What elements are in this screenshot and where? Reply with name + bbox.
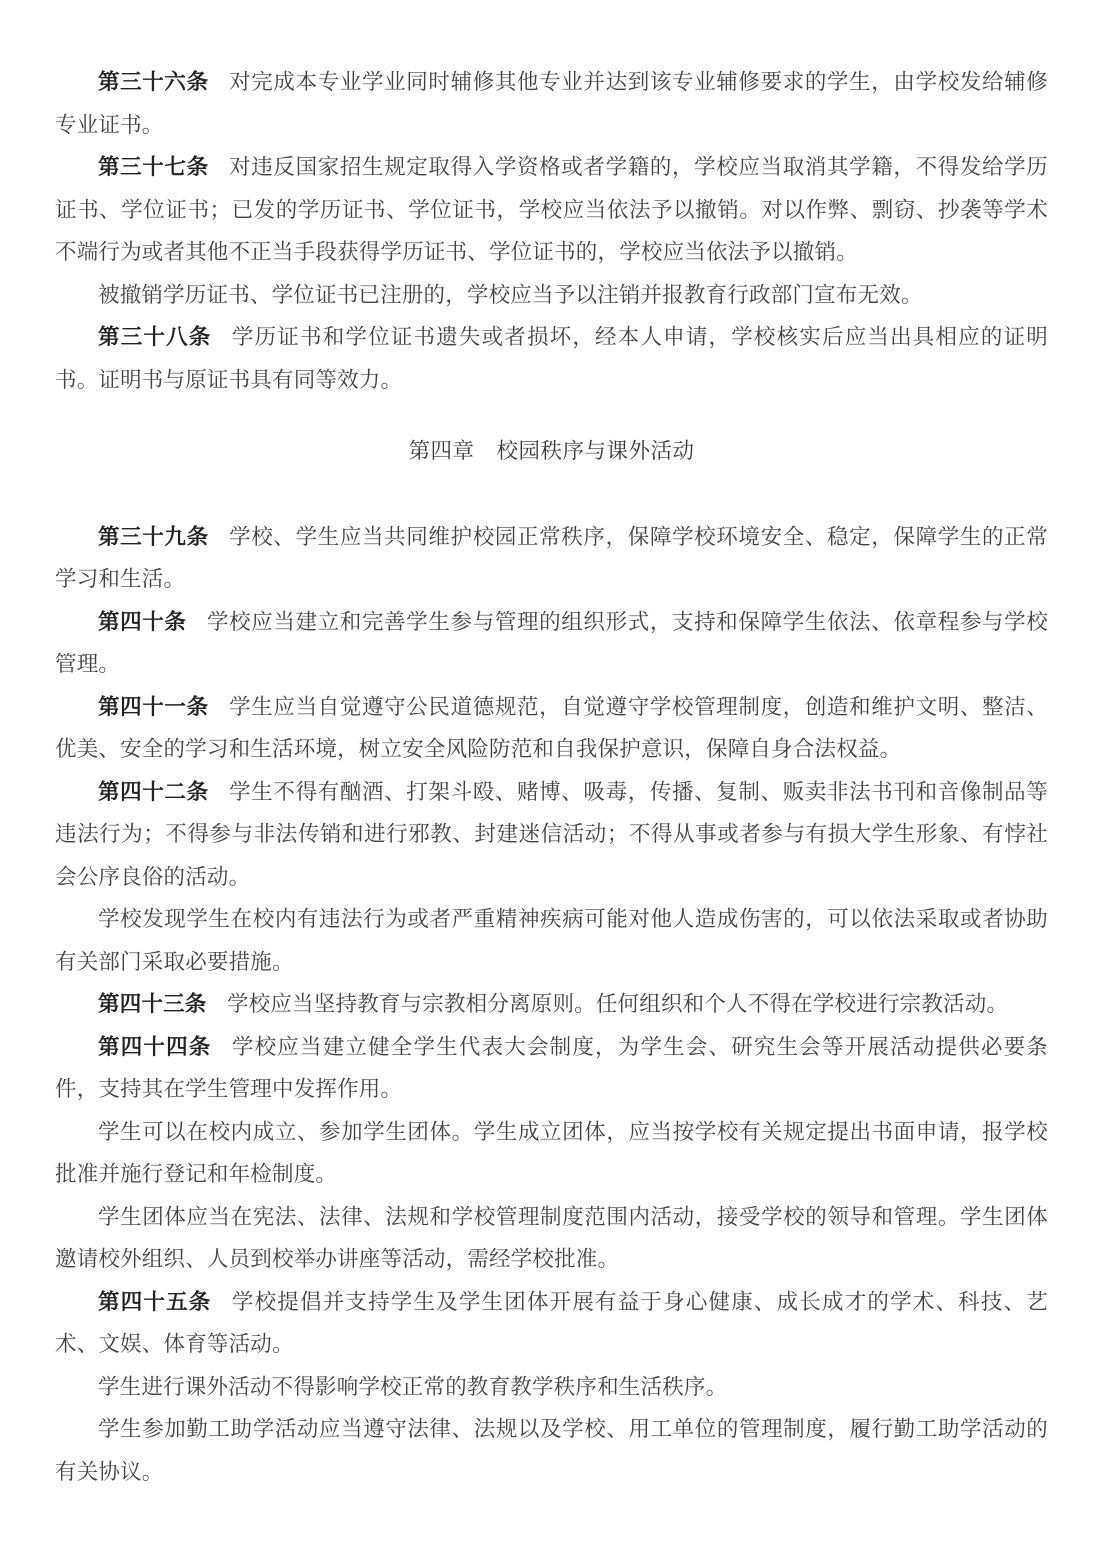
article-45-cont-2-text: 学生参加勤工助学活动应当遵守法律、法规以及学校、用工单位的管理制度，履行勤工助学… [55, 1417, 1048, 1484]
chapter-4-heading: 第四章 校园秩序与课外活动 [55, 430, 1048, 473]
paragraph-article-42-cont: 学校发现学生在校内有违法行为或者严重精神疾病可能对他人造成伤害的，可以依法采取或… [55, 898, 1048, 983]
paragraph-article-45: 第四十五条学校提倡并支持学生及学生团体开展有益于身心健康、成长成才的学术、科技、… [55, 1281, 1048, 1366]
article-41-number: 第四十一条 [98, 695, 209, 719]
paragraph-article-40: 第四十条学校应当建立和完善学生参与管理的组织形式，支持和保障学生依法、依章程参与… [55, 601, 1048, 686]
article-42-number: 第四十二条 [98, 780, 209, 804]
article-44-cont-2-text: 学生团体应当在宪法、法律、法规和学校管理制度范围内活动，接受学校的领导和管理。学… [55, 1205, 1048, 1272]
paragraph-article-39: 第三十九条学校、学生应当共同维护校园正常秩序，保障学校环境安全、稳定，保障学生的… [55, 516, 1048, 601]
paragraph-article-42: 第四十二条学生不得有酗酒、打架斗殴、赌博、吸毒，传播、复制、贩卖非法书刊和音像制… [55, 771, 1048, 899]
article-37-number: 第三十七条 [98, 155, 209, 179]
paragraph-article-43: 第四十三条学校应当坚持教育与宗教相分离原则。任何组织和个人不得在学校进行宗教活动… [55, 983, 1048, 1026]
paragraph-article-37-cont: 被撤销学历证书、学位证书已注册的，学校应当予以注销并报教育行政部门宣布无效。 [55, 274, 1048, 317]
paragraph-article-45-cont-2: 学生参加勤工助学活动应当遵守法律、法规以及学校、用工单位的管理制度，履行勤工助学… [55, 1408, 1048, 1493]
paragraph-article-37: 第三十七条对违反国家招生规定取得入学资格或者学籍的，学校应当取消其学籍，不得发给… [55, 146, 1048, 274]
article-45-cont-1-text: 学生进行课外活动不得影响学校正常的教育教学秩序和生活秩序。 [98, 1375, 727, 1399]
article-36-number: 第三十六条 [98, 70, 209, 94]
paragraph-article-36: 第三十六条对完成本专业学业同时辅修其他专业并达到该专业辅修要求的学生，由学校发给… [55, 61, 1048, 146]
paragraph-article-44: 第四十四条学校应当建立健全学生代表大会制度，为学生会、研究生会等开展活动提供必要… [55, 1026, 1048, 1111]
paragraph-article-45-cont-1: 学生进行课外活动不得影响学校正常的教育教学秩序和生活秩序。 [55, 1366, 1048, 1409]
article-39-number: 第三十九条 [98, 525, 209, 549]
article-44-cont-1-text: 学生可以在校内成立、参加学生团体。学生成立团体，应当按学校有关规定提出书面申请，… [55, 1120, 1048, 1187]
document-page: 第三十六条对完成本专业学业同时辅修其他专业并达到该专业辅修要求的学生，由学校发给… [0, 0, 1102, 1559]
article-43-text: 学校应当坚持教育与宗教相分离原则。任何组织和个人不得在学校进行宗教活动。 [227, 992, 1008, 1016]
article-37-cont-text: 被撤销学历证书、学位证书已注册的，学校应当予以注销并报教育行政部门宣布无效。 [98, 283, 923, 307]
article-40-text: 学校应当建立和完善学生参与管理的组织形式，支持和保障学生依法、依章程参与学校管理… [55, 610, 1048, 677]
paragraph-article-38: 第三十八条学历证书和学位证书遗失或者损坏，经本人申请，学校核实后应当出具相应的证… [55, 316, 1048, 401]
paragraph-article-41: 第四十一条学生应当自觉遵守公民道德规范，自觉遵守学校管理制度，创造和维护文明、整… [55, 686, 1048, 771]
article-45-number: 第四十五条 [98, 1290, 211, 1314]
paragraph-article-44-cont-1: 学生可以在校内成立、参加学生团体。学生成立团体，应当按学校有关规定提出书面申请，… [55, 1111, 1048, 1196]
article-38-number: 第三十八条 [98, 325, 211, 349]
article-44-number: 第四十四条 [98, 1035, 211, 1059]
article-43-number: 第四十三条 [98, 992, 207, 1016]
article-40-number: 第四十条 [98, 610, 187, 634]
article-42-cont-text: 学校发现学生在校内有违法行为或者严重精神疾病可能对他人造成伤害的，可以依法采取或… [55, 907, 1048, 974]
paragraph-article-44-cont-2: 学生团体应当在宪法、法律、法规和学校管理制度范围内活动，接受学校的领导和管理。学… [55, 1196, 1048, 1281]
